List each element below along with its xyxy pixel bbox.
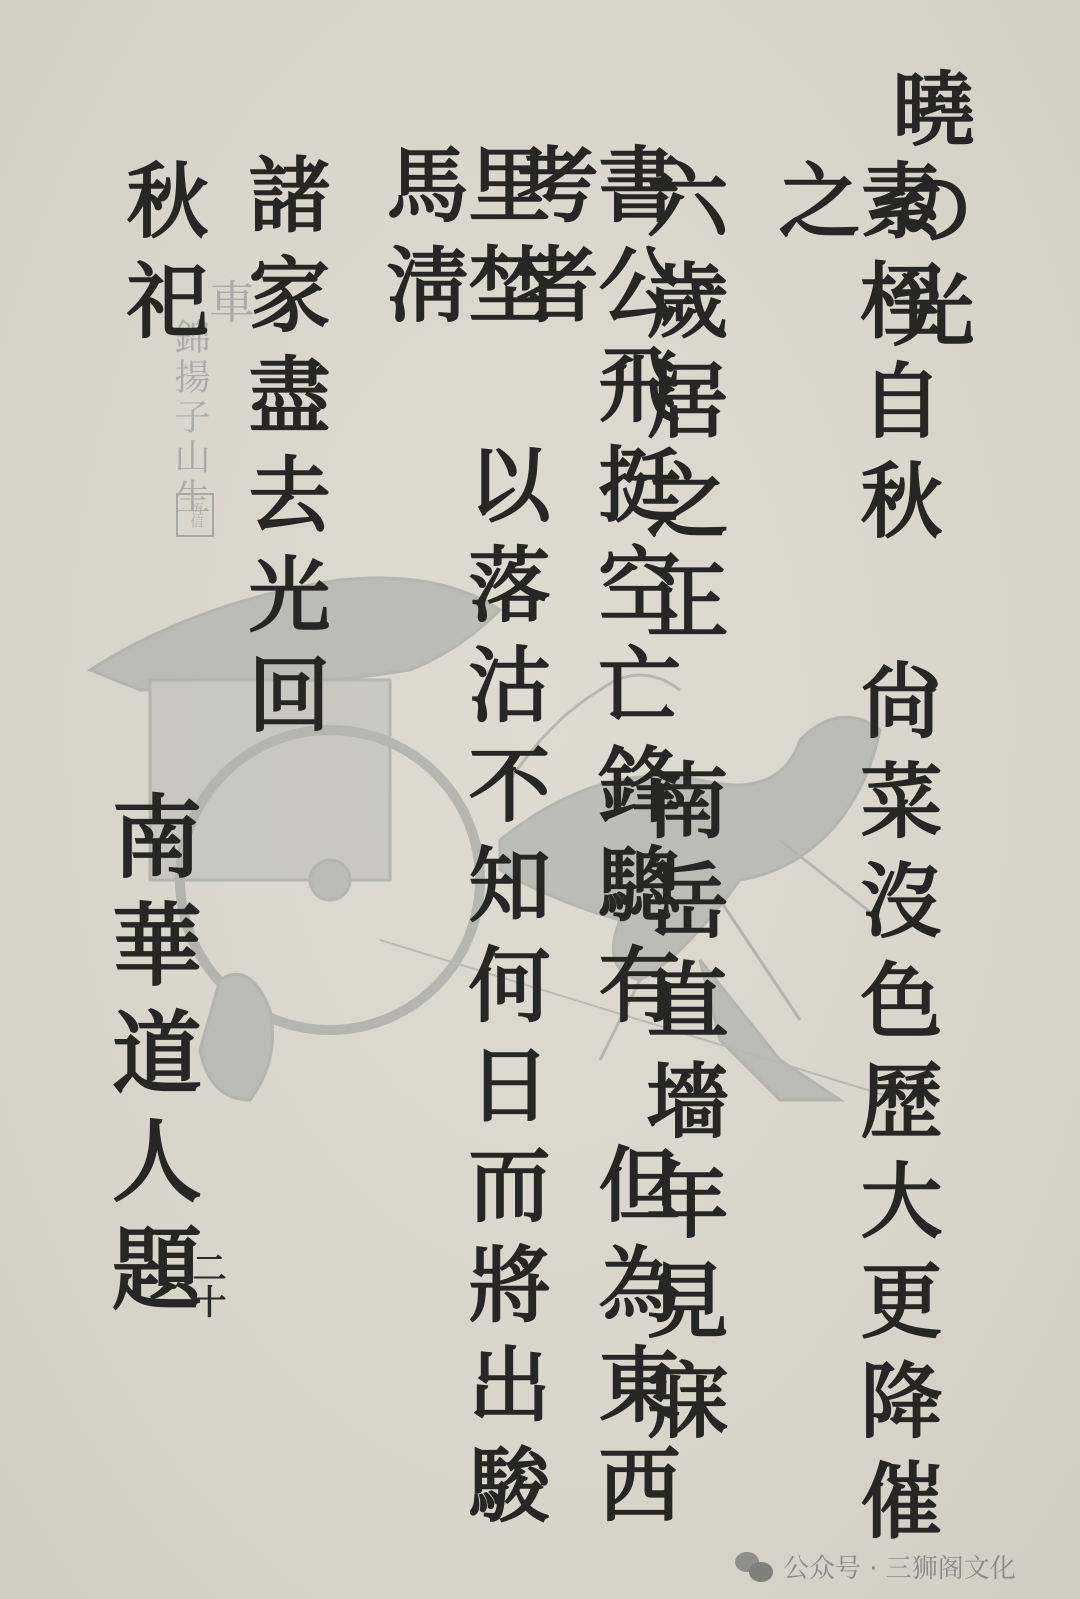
calligraphy-column-6: 諸家盡去光回 — [242, 152, 324, 752]
watermark: 公众号 · 三狮阁文化 — [735, 1548, 1016, 1585]
watermark-text: 公众号 · 三狮阁文化 — [783, 1548, 1016, 1585]
signature: 南華道人題 — [104, 790, 194, 1330]
calligraphy-column-2: 素桎自秋 尙菜沒色歷大更降催之 — [772, 158, 936, 1599]
seal-stamp: 恆信 — [176, 493, 214, 537]
calligraphy-column-7: 秋祀 — [120, 158, 202, 358]
page-number: 二十 — [182, 1250, 231, 1318]
calligraphy-column-5: 里埜 以落沽不知何日而將出駿馬淸 — [380, 142, 544, 1599]
wechat-icon — [735, 1552, 775, 1582]
